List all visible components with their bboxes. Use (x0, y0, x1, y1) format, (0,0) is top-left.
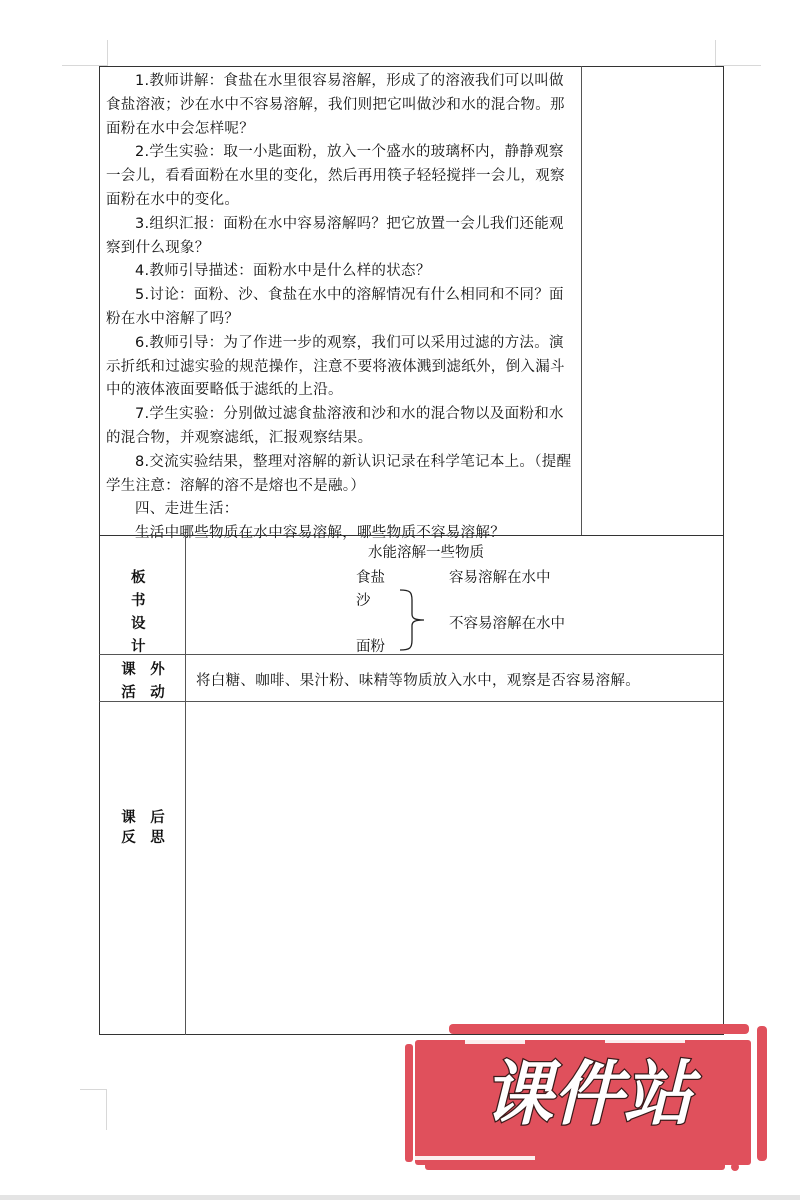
reflection-label-line2: 反 思 (104, 826, 182, 847)
watermark-stamp-logo: 课件站 (405, 1012, 775, 1172)
lesson-step-5: 5.讨论：面粉、沙、食盐在水中的溶解情况有什么相同和不同？面粉在水中溶解了吗？ (106, 284, 578, 332)
svg-text:课件站: 课件站 (483, 1053, 702, 1135)
board-easy-dissolve-label: 容易溶解在水中 (449, 566, 551, 587)
lesson-step-1: 1.教师讲解：食盐在水里很容易溶解，形成了的溶液我们可以叫做食盐溶液；沙在水中不… (106, 70, 578, 141)
board-item-flour: 面粉 (356, 635, 385, 656)
board-design-title: 水能溶解一些物质 (368, 541, 484, 562)
label-column-divider (185, 535, 186, 1035)
reflection-label-line1: 课 后 (104, 806, 182, 827)
row-divider-board-activity (99, 654, 724, 655)
section-heading-into-life: 四、走进生活： (106, 498, 578, 522)
lesson-step-3: 3.组织汇报：面粉在水中容易溶解吗？把它放置一会儿我们还能观察到什么现象？ (106, 213, 578, 261)
board-design-label-char-1: 板 (131, 566, 146, 587)
lesson-process-right-column-divider (581, 66, 582, 536)
page-corner-mark-top-left (62, 40, 108, 66)
lesson-step-2: 2.学生实验：取一小匙面粉，放入一个盛水的玻璃杯内，静静观察一会儿，看看面粉在水… (106, 141, 578, 212)
extracurricular-label-line1: 课 外 (104, 658, 182, 679)
lesson-step-8: 8.交流实验结果，整理对溶解的新认识记录在科学笔记本上。（提醒学生注意：溶解的溶… (106, 451, 578, 499)
board-item-salt: 食盐 (356, 566, 385, 587)
lesson-process-text: 1.教师讲解：食盐在水里很容易溶解，形成了的溶液我们可以叫做食盐溶液；沙在水中不… (106, 70, 578, 546)
page-bottom-edge (0, 1195, 800, 1200)
board-hard-dissolve-label: 不容易溶解在水中 (449, 612, 565, 633)
board-design-label-char-2: 书 (131, 589, 146, 610)
curly-brace-icon (398, 588, 438, 652)
extracurricular-label-line2: 活 动 (104, 681, 182, 702)
extracurricular-activity-text: 将白糖、咖啡、果汁粉、味精等物质放入水中，观察是否容易溶解。 (196, 669, 640, 690)
lesson-step-6: 6.教师引导：为了作进一步的观察，我们可以采用过滤的方法。演示折纸和过滤实验的规… (106, 332, 578, 403)
lesson-step-4: 4.教师引导描述：面粉水中是什么样的状态？ (106, 260, 578, 284)
reflection-content-area (187, 703, 722, 1033)
board-item-sand: 沙 (356, 589, 371, 610)
board-design-label-char-4: 计 (131, 635, 146, 656)
lesson-step-7: 7.学生实验：分别做过滤食盐溶液和沙和水的混合物以及面粉和水的混合物，并观察滤纸… (106, 403, 578, 451)
page-corner-mark-top-right (715, 40, 761, 66)
row-divider-activity-reflection (99, 701, 724, 702)
board-design-label-char-3: 设 (131, 612, 146, 633)
page-corner-mark-bottom-left (80, 1089, 107, 1130)
